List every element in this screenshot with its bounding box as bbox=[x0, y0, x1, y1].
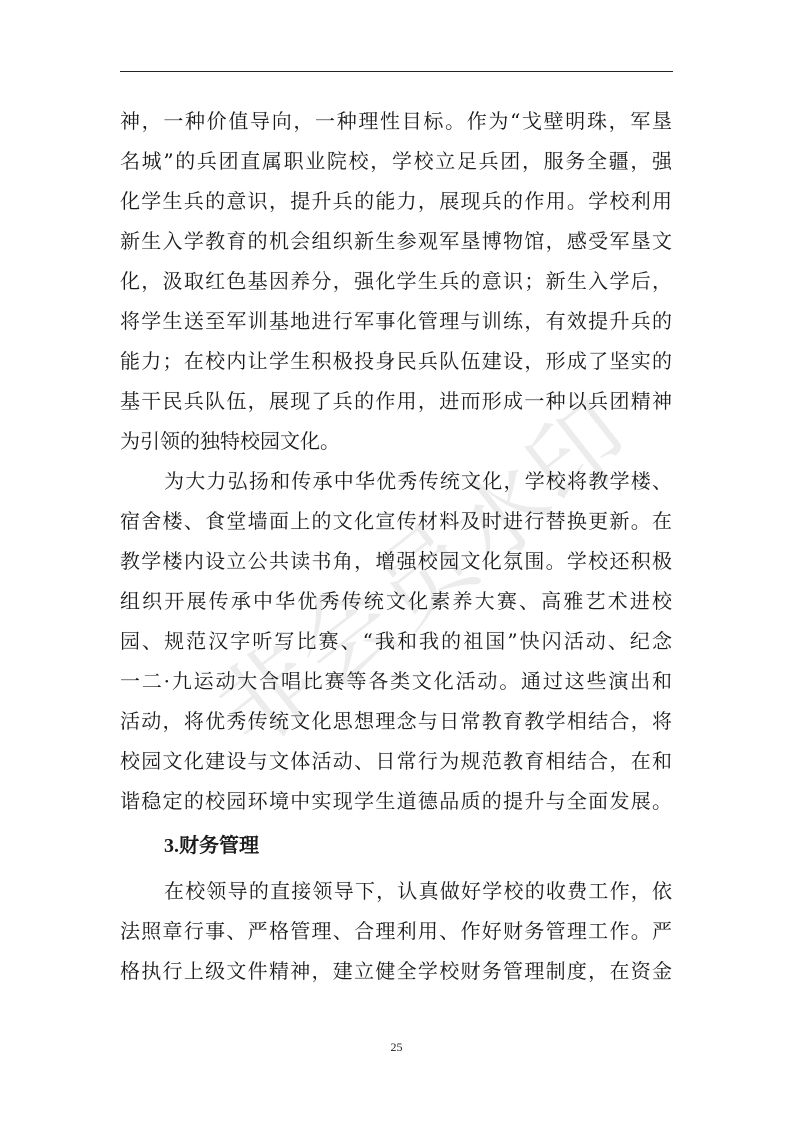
text-line: 校园文化建设与文体活动、日常行为规范教育相结合，在和 bbox=[120, 741, 672, 781]
text-line: 化学生兵的意识，提升兵的能力，展现兵的作用。学校利用 bbox=[120, 181, 672, 221]
text-line: 格执行上级文件精神，建立健全学校财务管理制度，在资金 bbox=[120, 951, 672, 991]
text-line: 化，汲取红色基因养分，强化学生兵的意识；新生入学后， bbox=[120, 261, 672, 301]
text-line: 为大力弘扬和传承中华优秀传统文化，学校将教学楼、 bbox=[120, 461, 672, 501]
paragraph-soldier-culture: 神，一种价值导向，一种理性目标。作为“戈壁明珠，军垦 名城”的兵团直属职业院校，… bbox=[120, 101, 672, 461]
text-line: 在校领导的直接领导下，认真做好学校的收费工作，依 bbox=[120, 871, 672, 911]
text-line: 名城”的兵团直属职业院校，学校立足兵团，服务全疆，强 bbox=[120, 141, 672, 181]
text-line: 新生入学教育的机会组织新生参观军垦博物馆，感受军垦文 bbox=[120, 221, 672, 261]
page-number: 25 bbox=[0, 1040, 793, 1055]
document-body: 神，一种价值导向，一种理性目标。作为“戈壁明珠，军垦 名城”的兵团直属职业院校，… bbox=[120, 101, 672, 991]
paragraph-financial-management: 在校领导的直接领导下，认真做好学校的收费工作，依 法照章行事、严格管理、合理利用… bbox=[120, 871, 672, 991]
text-line: 园、规范汉字听写比赛、“我和我的祖国”快闪活动、纪念 bbox=[120, 621, 672, 661]
paragraph-traditional-culture: 为大力弘扬和传承中华优秀传统文化，学校将教学楼、 宿舍楼、食堂墙面上的文化宣传材… bbox=[120, 461, 672, 821]
text-line: 基干民兵队伍，展现了兵的作用，进而形成一种以兵团精神 bbox=[120, 381, 672, 421]
text-line: 谐稳定的校园环境中实现学生道德品质的提升与全面发展。 bbox=[120, 781, 672, 821]
section-heading: 3.财务管理 bbox=[120, 821, 672, 871]
header-rule bbox=[120, 71, 673, 72]
text-line: 一二·九运动大合唱比赛等各类文化活动。通过这些演出和 bbox=[120, 661, 672, 701]
text-line: 教学楼内设立公共读书角，增强校园文化氛围。学校还积极 bbox=[120, 541, 672, 581]
text-line: 神，一种价值导向，一种理性目标。作为“戈壁明珠，军垦 bbox=[120, 101, 672, 141]
text-line: 能力；在校内让学生积极投身民兵队伍建设，形成了坚实的 bbox=[120, 341, 672, 381]
text-line: 为引领的独特校园文化。 bbox=[120, 421, 672, 461]
text-line: 活动，将优秀传统文化思想理念与日常教育教学相结合，将 bbox=[120, 701, 672, 741]
text-line: 组织开展传承中华优秀传统文化素养大赛、高雅艺术进校 bbox=[120, 581, 672, 621]
text-line: 宿舍楼、食堂墙面上的文化宣传材料及时进行替换更新。在 bbox=[120, 501, 672, 541]
text-line: 法照章行事、严格管理、合理利用、作好财务管理工作。严 bbox=[120, 911, 672, 951]
text-line: 将学生送至军训基地进行军事化管理与训练，有效提升兵的 bbox=[120, 301, 672, 341]
